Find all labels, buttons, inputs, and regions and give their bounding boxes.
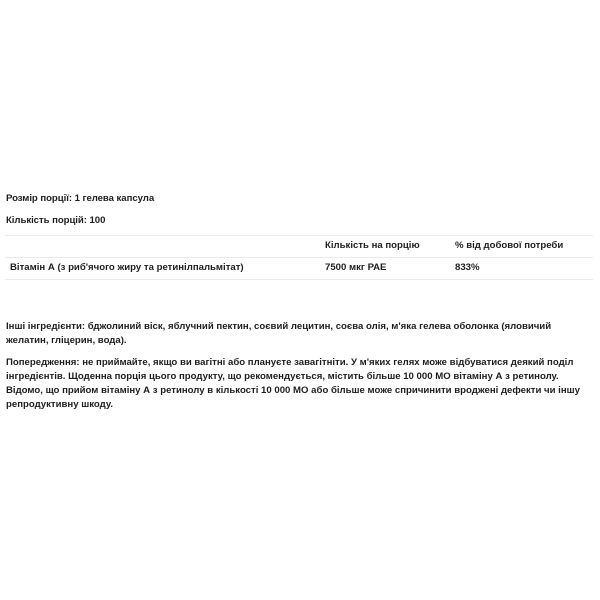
serving-size: Розмір порції: 1 гелева капсула (6, 193, 154, 206)
table-header-row: Кількість на порцію % від добової потреб… (5, 236, 593, 258)
header-daily-value: % від добової потреби (450, 236, 593, 258)
header-amount-per-serving: Кількість на порцію (320, 236, 450, 258)
servings-per-container: Кількість порцій: 100 (6, 215, 105, 228)
nutrient-table: Кількість на порцію % від добової потреб… (5, 235, 593, 280)
header-nutrient (5, 236, 320, 258)
table-row: Вітамін А (з риб'ячого жиру та ретинілпа… (5, 258, 593, 280)
other-ingredients: Інші інгредієнти: бджолиний віск, яблучн… (6, 320, 594, 348)
warning-text: Попередження: не приймайте, якщо ви вагі… (6, 356, 594, 412)
nutrient-name: Вітамін А (з риб'ячого жиру та ретинілпа… (5, 258, 320, 280)
nutrient-daily-value: 833% (450, 258, 593, 280)
nutrient-amount: 7500 мкг РАЕ (320, 258, 450, 280)
